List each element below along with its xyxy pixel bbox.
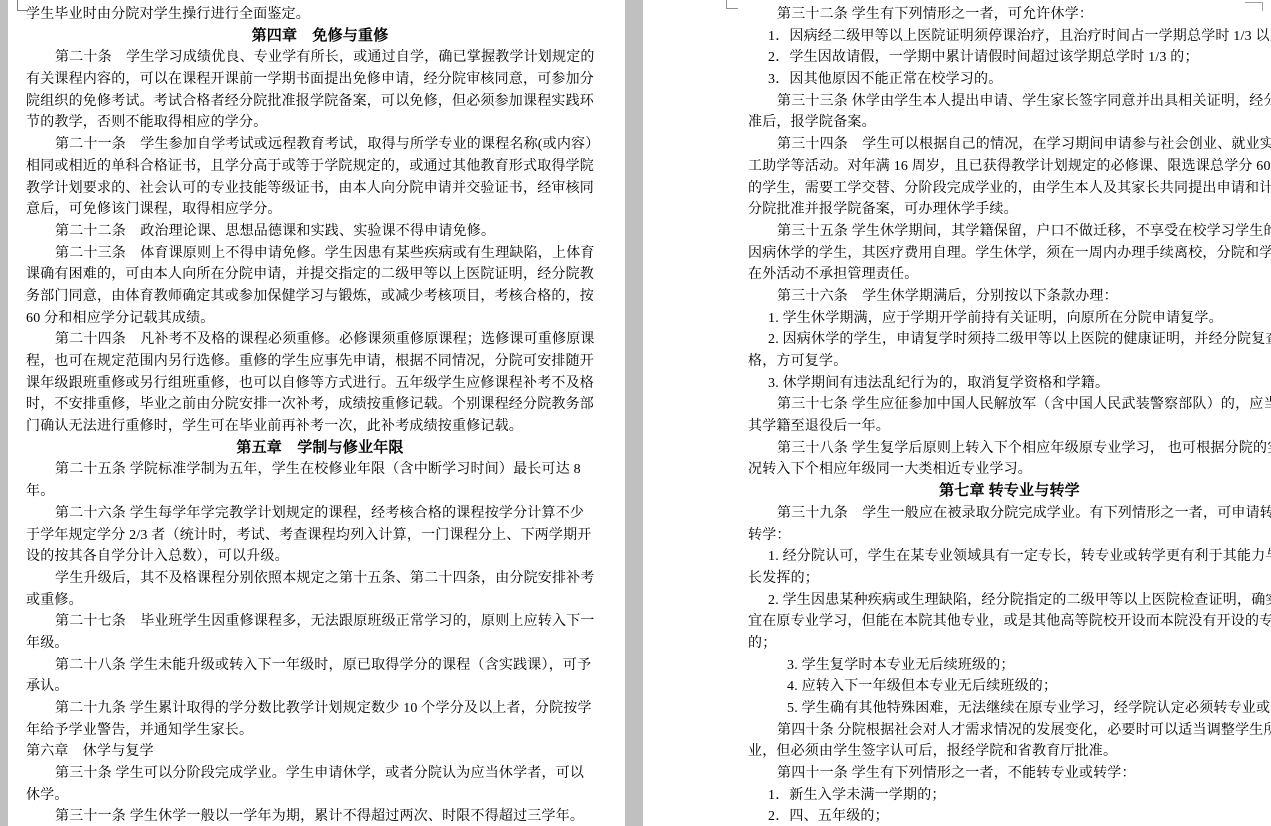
text-line: 第三十五条 学生休学期间，其学籍保留，户口不做迁移，不享受在校学习学生的待遇； [748, 221, 1271, 243]
text-line: 准后，报学院备案。 [748, 112, 1271, 134]
text-line: 第三十条 学生可以分阶段完成学业。学生申请休学，或者分院认为应当休学者，可以 [26, 763, 614, 785]
chapter-heading: 第四章 免修与重修 [26, 26, 614, 48]
text-line: 工助学等活动。对年满 16 周岁，且已获得教学计划规定的必修课、限选课总学分 6… [748, 156, 1271, 178]
text-line: 分院批准并报学院备案，可办理休学手续。 [748, 199, 1271, 221]
window-left-gray-edge [0, 0, 8, 826]
chapter-heading: 第七章 转专业与转学 [748, 481, 1271, 503]
text-line: 第三十四条 学生可以根据自己的情况，在学习期间申请参与社会创业、就业实践、勤 [748, 134, 1271, 156]
text-line: 1．新生入学未满一学期的； [748, 785, 1271, 807]
text-line: 60 分和相应学分记载其成绩。 [26, 308, 614, 330]
text-line: 2. 学生因患某种疾病或生理缺陷，经分院指定的二级甲等以上医院检查证明，确实不 [748, 590, 1271, 612]
text-line: 格，方可复学。 [748, 351, 1271, 373]
text-line: 第二十二条 政治理论课、思想品德课和实践、实验课不得申请免修。 [26, 221, 614, 243]
text-line: 3. 休学期间有违法乱纪行为的，取消复学资格和学籍。 [748, 373, 1271, 395]
text-line: 或重修。 [26, 590, 614, 612]
text-line: 的学生，需要工学交替、分阶段完成学业的，由学生本人及其家长共同提出申请和计划，经 [748, 178, 1271, 200]
text-line: 第三十一条 学生休学一般以一学年为期，累计不得超过两次、时限不得超过三学年。 [26, 806, 614, 826]
text-line: 第二十七条 毕业班学生因重修课程多，无法跟原班级正常学习的，原则上应转入下一 [26, 611, 614, 633]
chapter-heading: 第五章 学制与修业年限 [26, 438, 614, 460]
text-line: 第二十一条 学生参加自学考试或远程教育考试，取得与所学专业的课程名称(或内容） [26, 134, 614, 156]
text-line: 务部门同意，由体育教师确定其或参加保健学习与锻炼，或减少考核项目，考核合格的，按 [26, 286, 614, 308]
text-line: 1. 经分院认可，学生在某专业领域具有一定专长，转专业或转学更有利于其能力与专 [748, 546, 1271, 568]
text-line: 有关课程内容的，可以在课程开课前一学期书面提出免修申请，经分院审核同意，可参加分 [26, 69, 614, 91]
text-line: 转学： [748, 525, 1271, 547]
text-line: 3. 学生复学时本专业无后续班级的； [748, 655, 1271, 677]
text-line: 院组织的免修考试。考试合格者经分院批准报学院备案，可以免修，但必须参加课程实践环 [26, 91, 614, 113]
text-line: 第三十八条 学生复学后原则上转入下个相应年级原专业学习， 也可根据分院的实际情 [748, 438, 1271, 460]
text-line: 第三十三条 休学由学生本人提出申请、学生家长签字同意并出具相关证明，经分院批 [748, 91, 1271, 113]
text-line: 时，不安排重修，毕业之前由分院安排一次补考，成绩按重修记载。个别课程经分院教务部 [26, 394, 614, 416]
text-line: 节的教学，否则不能取得相应的学分。 [26, 112, 614, 134]
text-line: 业，但必须由学生签字认可后，报经学院和省教育厅批准。 [748, 741, 1271, 763]
page-left-text-column: 学生毕业时由分院对学生操行进行全面鉴定。第四章 免修与重修第二十条 学生学习成绩… [26, 4, 614, 826]
text-line: 第二十条 学生学习成绩优良、专业学有所长，或通过自学，确已掌握教学计划规定的 [26, 47, 614, 69]
text-line: 意后，可免修该门课程，取得相应学分。 [26, 199, 614, 221]
text-line: 年。 [26, 481, 614, 503]
text-line: 学生毕业时由分院对学生操行进行全面鉴定。 [26, 4, 614, 26]
text-line: 第三十七条 学生应征参加中国人民解放军（含中国人民武装警察部队）的，应当保留 [748, 394, 1271, 416]
text-line: 1. 学生休学期满，应于学期开学前持有关证明，向原所在分院申请复学。 [748, 308, 1271, 330]
text-line: 况转入下个相应年级同一大类相近专业学习。 [748, 459, 1271, 481]
text-line: 第四十条 分院根据社会对人才需求情况的发展变化，必要时可以适当调整学生所学专 [748, 720, 1271, 742]
text-line: 休学。 [26, 785, 614, 807]
text-line: 承认。 [26, 676, 614, 698]
text-line: 其学籍至退役后一年。 [748, 416, 1271, 438]
text-line: 第二十八条 学生未能升级或转入下一年级时，原已取得学分的课程（含实践课），可予 [26, 655, 614, 677]
text-line: 第六章 休学与复学 [26, 741, 614, 763]
text-line: 程，也可在规定范围内另行选修。重修的学生应事先申请，根据不同情况，分院可安排随开 [26, 351, 614, 373]
text-line: 宜在原专业学习，但能在本院其他专业，或是其他高等院校开设而本院没有开设的专业学习 [748, 611, 1271, 633]
text-line: 年给予学业警告，并通知学生家长。 [26, 720, 614, 742]
page-right-text-column: 第三十二条 学生有下列情形之一者，可允许休学：1．因病经二级甲等以上医院证明须停… [748, 4, 1271, 826]
text-line: 第二十三条 体育课原则上不得申请免修。学生因患有某些疾病或有生理缺陷，上体育 [26, 243, 614, 265]
text-line: 长发挥的； [748, 568, 1271, 590]
text-line: 第二十四条 凡补考不及格的课程必须重修。必修课须重修原课程；选修课可重修原课 [26, 329, 614, 351]
text-line: 课年级跟班重修或另行组班重修，也可以自修等方式进行。五年级学生应修课程补考不及格 [26, 373, 614, 395]
text-line: 年级。 [26, 633, 614, 655]
text-line: 2. 因病休学的学生，申请复学时须持二级甲等以上医院的健康证明，并经分院复查合 [748, 329, 1271, 351]
text-line: 第三十九条 学生一般应在被录取分院完成学业。有下列情形之一者，可申请转专业或 [748, 503, 1271, 525]
text-line: 1．因病经二级甲等以上医院证明须停课治疗，且治疗时间占一学期总学时 1/3 以上… [748, 26, 1271, 48]
text-line: 第二十五条 学院标准学制为五年，学生在校修业年限（含中断学习时间）最长可达 8 [26, 459, 614, 481]
text-line: 的； [748, 633, 1271, 655]
page-right: 第三十二条 学生有下列情形之一者，可允许休学：1．因病经二级甲等以上医院证明须停… [643, 0, 1271, 826]
text-line: 因病休学的学生，其医疗费用自理。学生休学，须在一周内办理手续离校，分院和学院对其 [748, 243, 1271, 265]
text-line: 第四十一条 学生有下列情形之一者，不能转专业或转学： [748, 763, 1271, 785]
page-gap-strip [625, 0, 643, 826]
text-line: 学生升级后，其不及格课程分别依照本规定之第十五条、第二十四条，由分院安排补考 [26, 568, 614, 590]
text-line: 3．因其他原因不能正常在校学习的。 [748, 69, 1271, 91]
text-line: 课确有困难的，可由本人向所在分院申请，并提交指定的二级甲等以上医院证明，经分院教 [26, 264, 614, 286]
text-line: 第二十六条 学生每学年学完教学计划规定的课程，经考核合格的课程按学分计算不少 [26, 503, 614, 525]
text-line: 2．四、五年级的； [748, 806, 1271, 826]
text-line: 相同或相近的单科合格证书，且学分高于或等于学院规定的，或通过其他教育形式取得学院 [26, 156, 614, 178]
text-line: 第三十二条 学生有下列情形之一者，可允许休学： [748, 4, 1271, 26]
crop-mark-icon [726, 0, 738, 9]
page-left: 学生毕业时由分院对学生操行进行全面鉴定。第四章 免修与重修第二十条 学生学习成绩… [8, 0, 625, 826]
document-viewport: { "document": { "background_color": "#ff… [0, 0, 1271, 826]
text-line: 门确认无法进行重修时，学生可在毕业前再补考一次，此补考成绩按重修记载。 [26, 416, 614, 438]
crop-mark-icon [17, 0, 28, 11]
text-line: 2．学生因故请假，一学期中累计请假时间超过该学期总学时 1/3 的； [748, 47, 1271, 69]
text-line: 第三十六条 学生休学期满后，分别按以下条款办理： [748, 286, 1271, 308]
text-line: 于学年规定学分 2/3 者（统计时，考试、考查课程均列入计算，一门课程分上、下两… [26, 525, 614, 547]
text-line: 设的按其各自学分计入总数），可以升级。 [26, 546, 614, 568]
text-line: 在外活动不承担管理责任。 [748, 264, 1271, 286]
text-line: 教学计划要求的、社会认可的专业技能等级证书，由本人向分院申请并交验证书，经审核同 [26, 178, 614, 200]
text-line: 4. 应转入下一年级但本专业无后续班级的； [748, 676, 1271, 698]
crop-mark-icon [1245, 2, 1263, 11]
text-line: 5. 学生确有其他特殊困难，无法继续在原专业学习，经学院认定必须转专业或转学的。 [748, 698, 1271, 720]
text-line: 第二十九条 学生累计取得的学分数比教学计划规定数少 10 个学分及以上者，分院按… [26, 698, 614, 720]
